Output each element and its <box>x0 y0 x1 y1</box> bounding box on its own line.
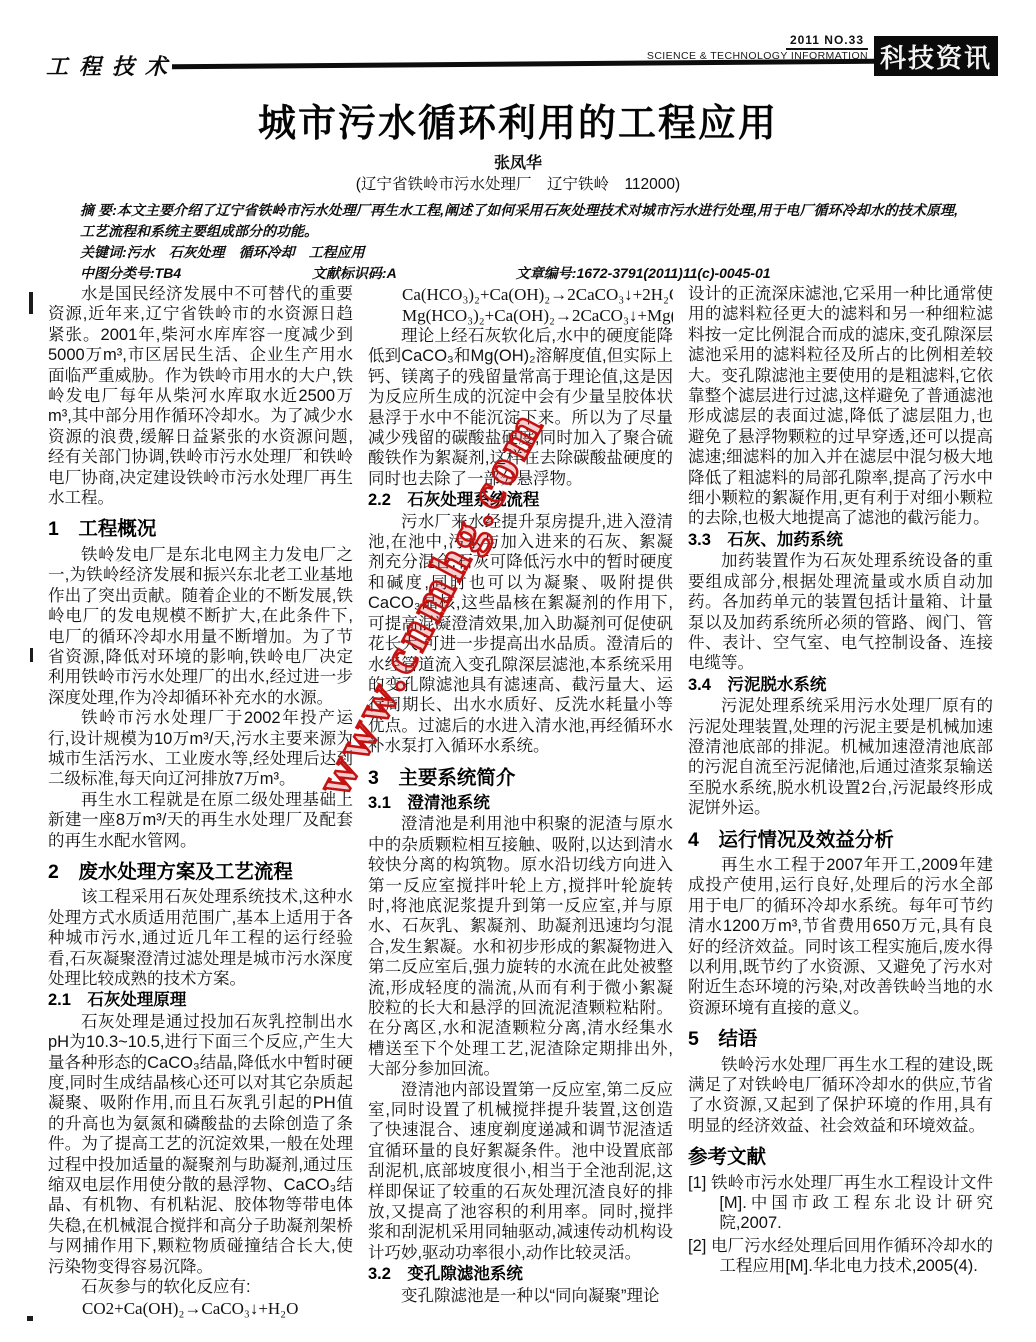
body-paragraph: 再生水工程于2007年开工,2009年建成投产使用,运行良好,处理后的污水全部用… <box>688 855 993 1018</box>
subsection-heading: 2.1 石灰处理原理 <box>48 990 353 1010</box>
body-paragraph: 石灰处理是通过投加石灰乳控制出水pH为10.3~10.5,进行下面三个反应,产生… <box>48 1012 353 1277</box>
author-affiliation: (辽宁省铁岭市污水处理厂 辽宁铁岭 112000) <box>0 172 1036 194</box>
header-rule <box>172 58 996 69</box>
doc-code-group: 文献标识码:A <box>312 263 512 284</box>
body-paragraph: 石灰参与的软化反应有: <box>48 1277 353 1297</box>
section-heading: 5 结语 <box>688 1029 993 1049</box>
journal-name-en: SCIENCE & TECHNOLOGY INFORMATION <box>647 50 868 62</box>
doc-code-value: A <box>387 265 397 281</box>
chemical-formula: Ca(HCO₃)₂+Ca(OH)₂→2CaCO₃↓+2H₂O <box>368 284 673 305</box>
chemical-formula: CO2+Ca(OH)₂→CaCO₃↓+H₂O <box>48 1298 353 1319</box>
body-column-1: 水是国民经济发展中不可替代的重要资源,近年来,辽宁省铁岭市的水资源日趋紧张。20… <box>48 284 353 1336</box>
keywords-label: 关键词: <box>80 244 127 260</box>
body-paragraph: 该工程采用石灰处理系统技术,这种水处理方式水质适用范围广,基本上适用于各种城市污… <box>48 887 353 989</box>
keywords-line: 关键词:污水 石灰处理 循环冷却 工程应用 <box>80 242 958 263</box>
body-paragraph: 澄清池是利用池中积聚的泥渣与原水中的杂质颗粒相互接触、吸附,以达到清水较快分离的… <box>368 814 673 1079</box>
journal-page: 工程技术 2011 NO.33 SCIENCE & TECHNOLOGY INF… <box>0 0 1036 1342</box>
clc-value: TB4 <box>155 265 181 281</box>
article-body: 水是国民经济发展中不可替代的重要资源,近年来,辽宁省铁岭市的水资源日趋紧张。20… <box>48 284 995 1336</box>
abstract-block: 摘 要:本文主要介绍了辽宁省铁岭市污水处理厂再生水工程,阐述了如何采用石灰处理技… <box>80 200 958 284</box>
body-paragraph: 铁岭污水处理厂再生水工程的建设,既满足了对铁岭电厂循环冷却水的供应,节省了水资源… <box>688 1055 993 1137</box>
body-paragraph: 澄清池内部设置第一反应室,第二反应室,同时设置了机械搅拌提升装置,这创造了快速混… <box>368 1080 673 1264</box>
subsection-heading: 3.3 石灰、加药系统 <box>688 530 993 550</box>
body-paragraph: 再生水工程就是在原二级处理基础上新建一座8万m³/天的再生水处理厂及配套的再生水… <box>48 790 353 851</box>
body-paragraph: 铁岭发电厂是东北电网主力发电厂之一,为铁岭经济发展和振兴东北老工业基地作出了突出… <box>48 545 353 708</box>
clc-group: 中图分类号:TB4 <box>80 263 308 284</box>
keywords-text: 污水 石灰处理 循环冷却 工程应用 <box>127 244 365 260</box>
page-header: 工程技术 2011 NO.33 SCIENCE & TECHNOLOGY INF… <box>0 0 1036 90</box>
article-id-group: 文章编号:1672-3791(2011)11(c)-0045-01 <box>516 263 771 284</box>
section-heading: 1 工程概况 <box>48 519 353 539</box>
subsection-heading: 3.2 变孔隙滤池系统 <box>368 1264 673 1284</box>
section-heading: 3 主要系统简介 <box>368 768 673 788</box>
subsection-heading: 2.2 石灰处理系统流程 <box>368 490 673 510</box>
body-paragraph: 变孔隙滤池是一种以“同向凝聚”理论 <box>368 1286 673 1306</box>
section-heading: 参考文献 <box>688 1147 993 1167</box>
journal-name-cn: 科技资讯 <box>874 36 998 76</box>
abstract-label: 摘 要: <box>80 202 117 218</box>
reference-item: [2] 电厂污水经处理后回用作循环冷却水的工程应用[M].华北电力技术,2005… <box>688 1236 993 1277</box>
article-id-label: 文章编号: <box>516 265 577 281</box>
body-paragraph: 水是国民经济发展中不可替代的重要资源,近年来,辽宁省铁岭市的水资源日趋紧张。20… <box>48 284 353 508</box>
body-column-3: 设计的正流深床滤池,它采用一种比通常使用的滤料粒径更大的滤料和另一种细粒滤料按一… <box>688 284 993 1336</box>
reference-item: [1] 铁岭市污水处理厂再生水工程设计文件[M].中国市政工程东北设计研究院,2… <box>688 1173 993 1234</box>
body-paragraph: 理论上经石灰软化后,水中的硬度能降低到CaCO₃和Mg(OH)₂溶解度值,但实际… <box>368 326 673 489</box>
column-category-label: 工程技术 <box>46 50 178 81</box>
body-column-2: Ca(HCO₃)₂+Ca(OH)₂→2CaCO₃↓+2H₂OMg(HCO₃)₂+… <box>368 284 673 1336</box>
body-paragraph: 铁岭市污水处理厂于2002年投产运行,设计规模为10万m³/天,污水主要来源为城… <box>48 708 353 790</box>
classification-line: 中图分类号:TB4 文献标识码:A 文章编号:1672-3791(2011)11… <box>80 263 958 284</box>
article-title: 城市污水循环利用的工程应用 <box>0 92 1036 147</box>
subsection-heading: 3.1 澄清池系统 <box>368 793 673 813</box>
clc-label: 中图分类号: <box>80 265 155 281</box>
issue-number: 2011 NO.33 <box>786 33 868 50</box>
body-paragraph: 污水厂来水经提升泵房提升,进入澄清池,在池中,污水与加入进来的石灰、絮凝剂充分混… <box>368 512 673 757</box>
article-id-value: 1672-3791(2011)11(c)-0045-01 <box>576 265 770 281</box>
body-paragraph: 加药装置作为石灰处理系统设备的重要组成部分,根据处理流量或水质自动加药。各加药单… <box>688 551 993 673</box>
author-name: 张凤华 <box>0 150 1036 173</box>
body-paragraph: 污泥处理系统采用污水处理厂原有的污泥处理装置,处理的污泥主要是机械加速澄清池底部… <box>688 696 993 818</box>
scan-artifact <box>27 1316 33 1321</box>
abstract-text: 本文主要介绍了辽宁省铁岭市污水处理厂再生水工程,阐述了如何采用石灰处理技术对城市… <box>80 202 958 239</box>
abstract-line: 摘 要:本文主要介绍了辽宁省铁岭市污水处理厂再生水工程,阐述了如何采用石灰处理技… <box>80 200 958 242</box>
section-heading: 2 废水处理方案及工艺流程 <box>48 862 353 882</box>
section-heading: 4 运行情况及效益分析 <box>688 830 993 850</box>
scan-artifact <box>30 648 33 662</box>
doc-code-label: 文献标识码: <box>312 265 387 281</box>
body-paragraph-continued: 设计的正流深床滤池,它采用一种比通常使用的滤料粒径更大的滤料和另一种细粒滤料按一… <box>688 284 993 529</box>
chemical-formula: Mg(HCO₃)₂+Ca(OH)₂→2CaCO₃↓+Mg(OH)₂↓+2H₂O <box>368 305 673 326</box>
subsection-heading: 3.4 污泥脱水系统 <box>688 675 993 695</box>
scan-artifact <box>29 292 33 314</box>
